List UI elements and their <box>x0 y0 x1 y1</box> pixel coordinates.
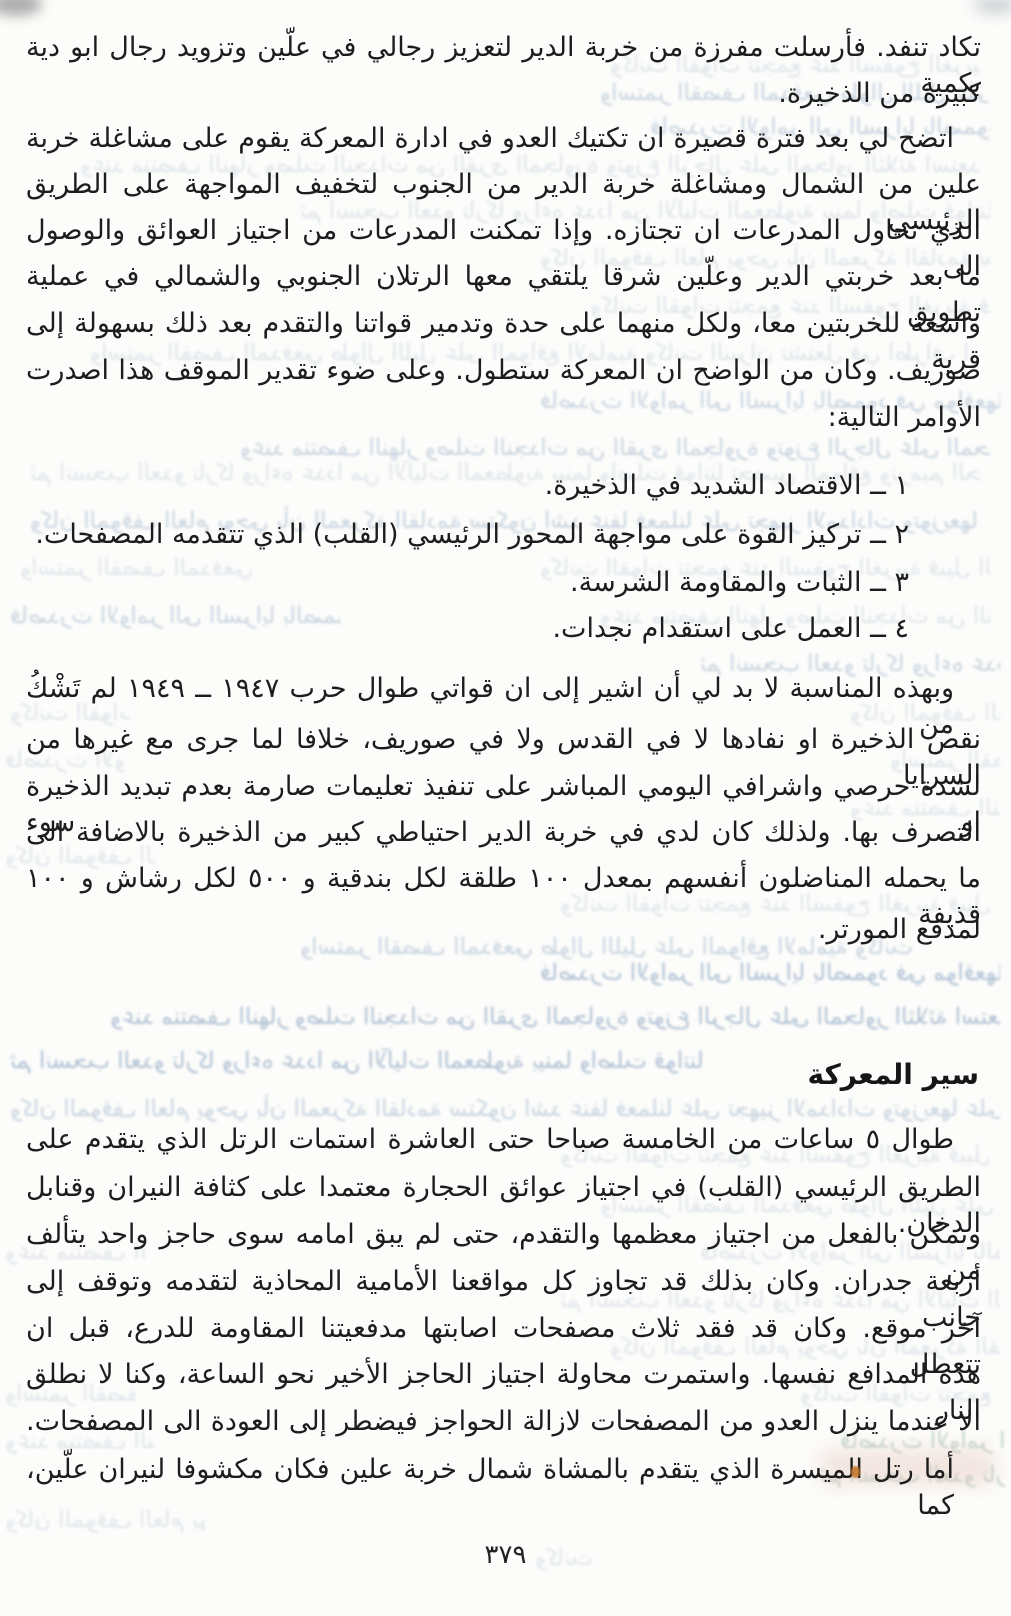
bleed-through-text: فاصدرت الاوامر الى السرايا بالصمود في مو… <box>540 958 1000 992</box>
paragraph-line: لمدفع المورتر. <box>818 912 981 948</box>
paragraph-line: التصرف بها. ولذلك كان لدي في خربة الدير … <box>26 815 981 851</box>
order-item: ٤ ــ العمل على استقدام نجدات. <box>552 611 909 647</box>
bleed-through-text: فاصدرت الاوامر الى السرايا بالصمود في مو… <box>10 601 340 635</box>
order-item: ٣ ــ الثبات والمقاومة الشرسة. <box>570 565 909 601</box>
paragraph-line: صوريف. وكان من الواضح ان المعركة ستطول. … <box>26 353 981 389</box>
order-item: ١ ــ الاقتصاد الشديد في الذخيرة. <box>545 468 909 504</box>
corner-smudge <box>0 0 42 16</box>
paragraph-line: طوال ٥ ساعات من الخامسة صباحا حتى العاشر… <box>26 1122 954 1158</box>
page-number: ٣٧٩ <box>0 1540 1011 1570</box>
ink-speck <box>851 1466 860 1478</box>
order-item: ٢ ــ تركيز القوة على مواجهة المحور الرئي… <box>35 517 909 553</box>
bleed-through-text: وعند منتصف النهار وصلت النجدات من القرى … <box>110 1002 1000 1036</box>
paragraph-line: الا عندما ينزل العدو من المصفحات لازالة … <box>26 1404 981 1440</box>
bleed-through-text: ثم انسحب العدو تاركا وراءه عددا من الآلي… <box>10 1046 710 1080</box>
section-heading: سير المعركة <box>808 1058 980 1091</box>
bleed-through-text: واستمر القصف المدفعي طوال الليل على المو… <box>20 553 260 587</box>
paragraph-line: الأوامر التالية: <box>828 400 981 436</box>
paragraph-line: اتضح لي بعد فترة قصيرة ان تكتيك العدو في… <box>26 121 954 157</box>
paragraph-line: أما رتل الميسرة الذي يتقدم بالمشاة شمال … <box>26 1452 954 1525</box>
bleed-through-text: وعند منتصف النهار وصلت النجدات من القرى … <box>240 433 990 467</box>
corner-smudge <box>973 0 1011 14</box>
book-page: وكانت القوات تتجمع عند السفوح الغربية قب… <box>0 0 1011 1616</box>
paragraph-line: كبيرة من الذخيرة. <box>778 76 981 112</box>
